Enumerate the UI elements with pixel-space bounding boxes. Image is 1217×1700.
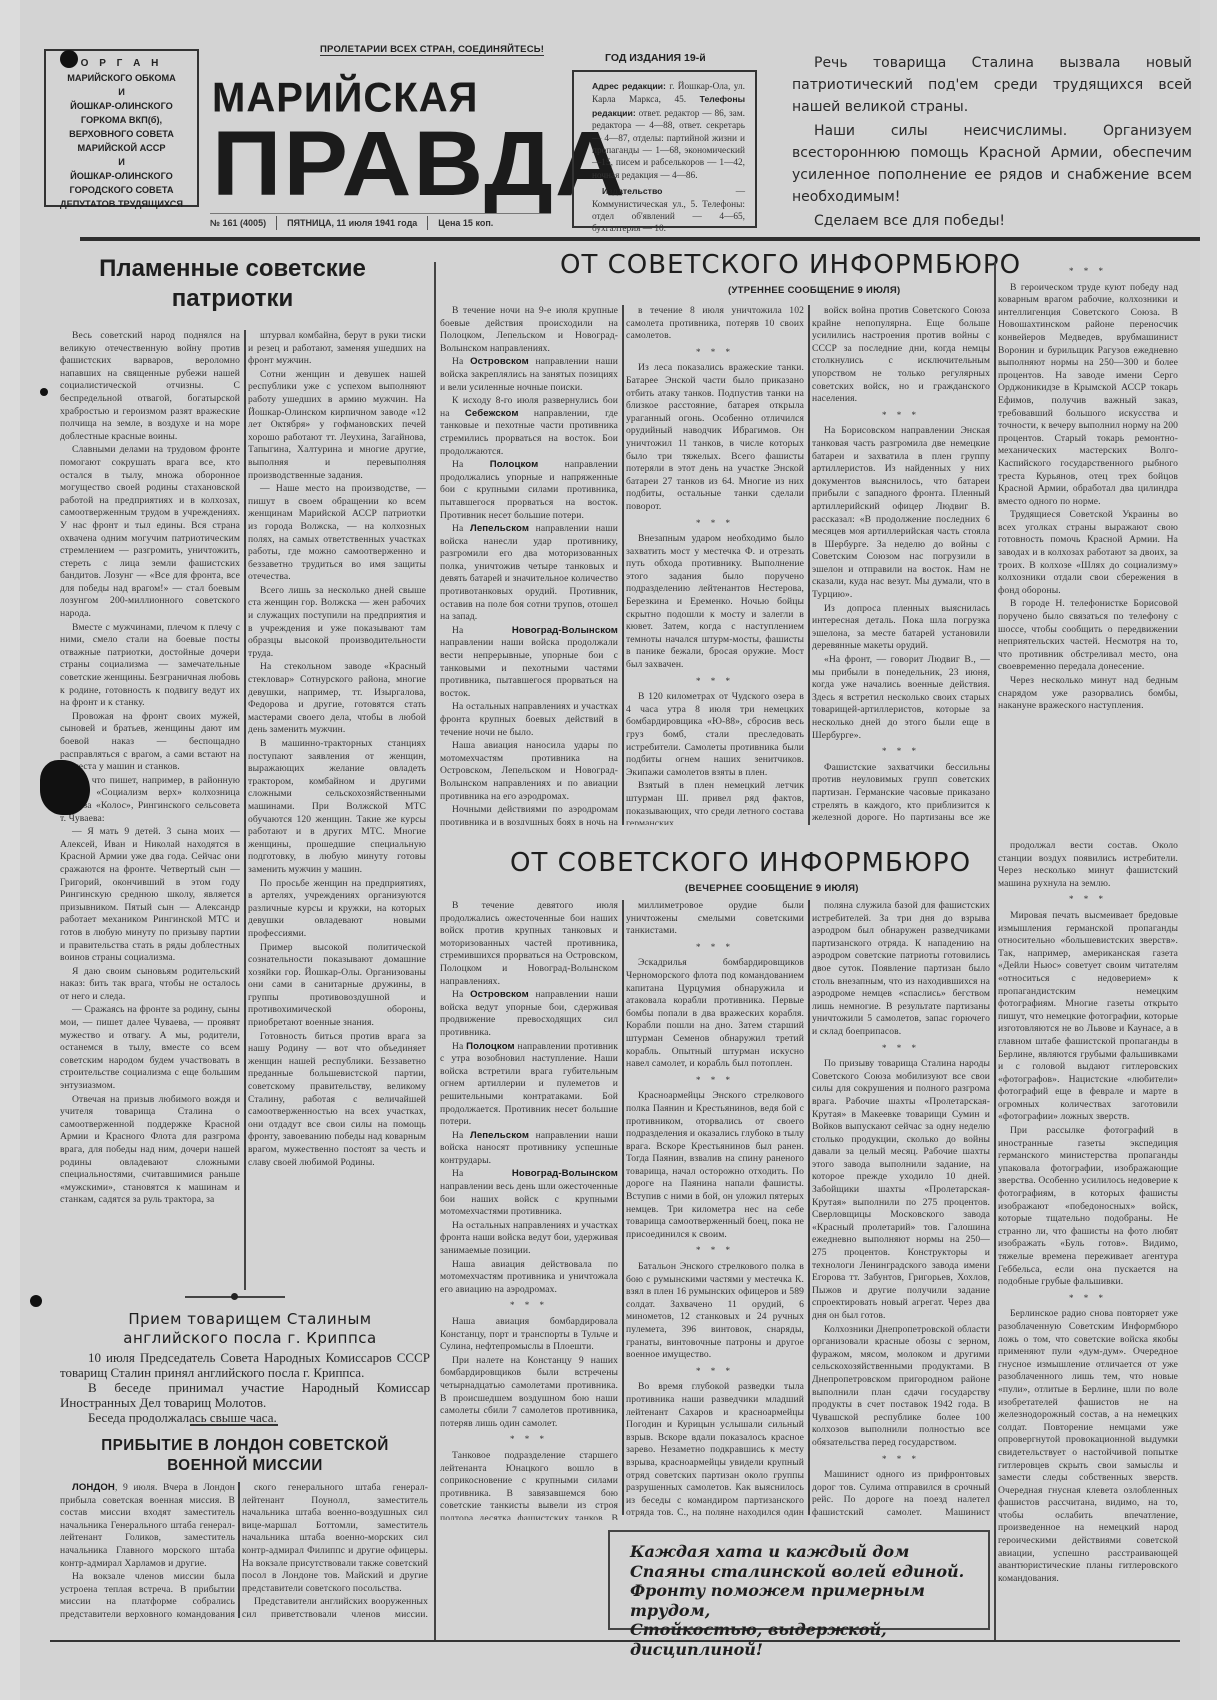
paragraph: 10 июля Председатель Совета Народных Ком… [60,1350,430,1380]
phones-text: ответ. редактор — 86, зам. редактора — 4… [592,109,745,181]
evening-column-3: поляна служила базой для фашистских истр… [812,900,990,1520]
stalin-speech-callout: Речь товарища Сталина вызвала новый патр… [792,52,1192,234]
speech-paragraph: Речь товарища Сталина вызвала новый патр… [792,52,1192,118]
paragraph: На Новоград-Волынском направлении весь д… [440,1168,618,1218]
paragraph: Машинист одного из прифронтовых дорог то… [812,1469,990,1520]
informburo-evening-subheadline: (ВЕЧЕРНЕЕ СООБЩЕНИЕ 9 ИЮЛЯ) [685,883,859,894]
paragraph: Наша авиация бомбардировала Констанцу, п… [440,1316,618,1354]
paragraph: В беседе принимал участие Народный Комис… [60,1380,430,1410]
publisher-block: Издательство — Коммунистическая ул., 5. … [592,185,745,236]
paragraph: Представители английских вооруженных сил… [242,1596,428,1622]
patriotki-column-2: штурвал комбайна, берут в руки тиски и р… [248,330,426,1290]
paragraph: Из леса показались вражеские танки. Бата… [626,362,804,513]
section-stars: * * * [812,409,990,422]
paragraph: Танковое подразделение старшего лейтенан… [440,1450,618,1520]
poem-line: Спаяны сталинской волей единой. [630,1562,988,1582]
informburo-morning-headline: ОТ СОВЕТСКОГО ИНФОРМБЮРО [560,250,1021,280]
paragraph: На остальных направлениях и участках фро… [440,1220,618,1258]
newspaper-page: О Р Г А Н МАРИЙСКОГО ОБКОМА И ЙОШКАР-ОЛИ… [20,0,1217,1700]
section-stars: * * * [440,1433,618,1446]
paragraph: штурвал комбайна, берут в руки тиски и р… [248,330,426,368]
paragraph: В 120 километрах от Чудского озера в 4 ч… [626,691,804,779]
paragraph: поляна служила базой для фашистских истр… [812,900,990,1039]
poem-line: Каждая хата и каждый дом [630,1542,988,1562]
separator [276,216,277,230]
evening-column-4: продолжал вести состав. Около станции во… [998,840,1178,1660]
paragraph: Готовность биться против врага за нашу Р… [248,1031,426,1170]
address-label: Адрес редакции: [592,81,666,91]
paragraph: ского генерального штаба генерал-лейтена… [242,1482,428,1595]
evening-column-2: миллиметровое орудие были уничтожены сме… [626,900,804,1520]
organ-line: МАРИЙСКОГО ОБКОМА [46,71,197,85]
paragraph: К исходу 8-го июля развернулись бои на С… [440,395,618,458]
paragraph: Мировая печать высмеивает бредовые измыш… [998,910,1178,1124]
section-stars: * * * [626,1244,804,1257]
column-divider [244,330,246,1290]
headline-line: Прием товарищем Сталиным [80,1310,420,1329]
paragraph: в течение 8 июля уничтожила 102 самолета… [626,305,804,343]
paragraph: На вокзале членов миссии была устроена т… [60,1571,235,1622]
separator [427,216,428,230]
issue-date: ПЯТНИЦА, 11 июля 1941 года [287,218,417,228]
editorial-address-box: Адрес редакции: г. Йошкар-Ола, ул. Карла… [572,70,757,228]
paragraph: Наша авиация наносила удары по мотомехча… [440,740,618,803]
paragraph: продолжал вести состав. Около станции во… [998,840,1178,890]
address-block: Адрес редакции: г. Йошкар-Ола, ул. Карла… [592,80,745,182]
paragraph: На Полоцком направлении продолжались упо… [440,459,618,522]
morning-column-2: в течение 8 июля уничтожила 102 самолета… [626,305,804,825]
paragraph: В течение девятого июля продолжались оже… [440,900,618,988]
organ-line: МАРИЙСКОЙ АССР [46,141,197,155]
paragraph: Провожая на фронт своих мужей, сыновей и… [60,711,240,774]
cripps-article-body: 10 июля Председатель Совета Народных Ком… [60,1350,430,1425]
morning-column-4: * * * В героическом труде куют победу на… [998,262,1178,837]
paragraph: В городе Н. телефонистке Борисовой поруч… [998,598,1178,674]
organ-line: ДЕПУТАТОВ ТРУДЯЩИХСЯ [46,197,197,211]
paper-damage-blot [40,388,48,396]
paragraph: В героическом труде куют победу над кова… [998,282,1178,509]
paragraph: Эскадрилья бомбардировщиков Черноморског… [626,957,804,1070]
paragraph: Я даю своим сыновьям родительский наказ:… [60,966,240,1004]
column-divider [808,305,810,825]
paragraph: — Сражаясь на фронте за родину, сыны мои… [60,1004,240,1092]
paper-damage-blot [30,1295,42,1307]
organ-line: ГОРКОМА ВКП(б), [46,113,197,127]
paragraph: Беседа продолжалась свыше часа. [60,1410,430,1425]
organ-line: ВЕРХОВНОГО СОВЕТА [46,127,197,141]
paragraph: При рассылке фотографий в иностранные га… [998,1125,1178,1289]
paragraph: Пример высокой политической сознательнос… [248,942,426,1030]
paragraph: Наша авиация действовала по мотомехчастя… [440,1259,618,1297]
paragraph: «На фронт, — говорит Людвиг В., — мы при… [812,654,990,742]
section-stars: * * * [440,1299,618,1312]
organ-line: И [46,155,197,169]
newspaper-sheet: О Р Г А Н МАРИЙСКОГО ОБКОМА И ЙОШКАР-ОЛИ… [20,0,1200,1690]
headline-line: английского посла г. Криппса [80,1329,420,1348]
year-of-publication: ГОД ИЗДАНИЯ 19-й [605,52,706,64]
paragraph: ЛОНДОН, 9 июля. Вчера в Лондон прибыла с… [60,1482,235,1570]
paper-damage-blot [60,50,78,68]
paragraph: Красноармейцы Энского стрелкового полка … [626,1090,804,1241]
paragraph: миллиметровое орудие были уничтожены сме… [626,900,804,938]
issue-price: Цена 15 коп. [438,218,493,228]
paragraph: В течение ночи на 9-е июля крупные боевы… [440,305,618,355]
informburo-morning-subheadline: (УТРЕННЕЕ СООБЩЕНИЕ 9 ИЮЛЯ) [728,285,900,296]
speech-paragraph: Сделаем все для победы! [792,210,1192,232]
paragraph: На Лепельском направлении наши войска на… [440,523,618,624]
section-stars: * * * [626,1074,804,1087]
paragraph: По призыву товарища Сталина народы Совет… [812,1058,990,1322]
column-divider [238,1482,240,1618]
speech-paragraph: Наши силы неисчислимы. Организуем всесто… [792,120,1192,208]
headline-line: патриотки [60,284,405,314]
paragraph: Трудящиеся Советской Украины во всех уго… [998,509,1178,597]
paragraph: По просьбе женщин на предприятиях, в арт… [248,878,426,941]
paragraph: Отвечая на призыв любимого вождя и учите… [60,1094,240,1207]
issue-number: № 161 (4005) [210,218,266,228]
paragraph: На Новоград-Волынском направлении наши в… [440,625,618,701]
section-stars: * * * [626,346,804,359]
paragraph: Ночными действиями по аэродромам противн… [440,804,618,825]
london-column-2: ского генерального штаба генерал-лейтена… [242,1482,428,1622]
paragraph: На Полоцком направлении противник с утра… [440,1041,618,1129]
paragraph: Весь советский народ поднялся на великую… [60,330,240,443]
bottom-rule [50,1640,1180,1642]
headline-line: ПРИБЫТИЕ В ЛОНДОН СОВЕТСКОЙ [69,1436,421,1456]
organ-box: О Р Г А Н МАРИЙСКОГО ОБКОМА И ЙОШКАР-ОЛИ… [44,49,199,207]
poem-box: Каждая хата и каждый дом Спаяны сталинск… [608,1530,990,1630]
organ-line: И [46,85,197,99]
section-stars: * * * [998,893,1178,906]
section-stars: * * * [812,1042,990,1055]
paragraph: Во время глубокой разведки тыла противни… [626,1381,804,1520]
proletarian-slogan: ПРОЛЕТАРИИ ВСЕХ СТРАН, СОЕДИНЯЙТЕСЬ! [320,44,544,56]
organ-line: ГОРОДСКОГО СОВЕТА [46,183,197,197]
patriotki-column-1: Весь советский народ поднялся на великую… [60,330,240,1290]
cripps-headline: Прием товарищем Сталиным английского пос… [80,1310,420,1348]
paragraph: Из допроса пленных выяснилась интересная… [812,603,990,653]
short-divider [190,1424,278,1426]
paragraph: На стекольном заводе «Красный стекловар»… [248,661,426,737]
paragraph: войск война против Советского Союза край… [812,305,990,406]
paragraph: Сотни женщин и девушек нашей республики … [248,369,426,482]
paragraph: Вместе с мужчинами, плечом к плечу с ним… [60,622,240,710]
morning-column-1: В течение ночи на 9-е июля крупные боевы… [440,305,618,825]
paragraph: На Островском направлении наши войска за… [440,356,618,394]
column-divider [622,305,624,825]
issue-info-bar: № 161 (4005) ПЯТНИЦА, 11 июля 1941 года … [210,213,540,231]
organ-line: ЙОШКАР-ОЛИНСКОГО [46,99,197,113]
section-stars: * * * [812,745,990,758]
headline-line: ВОЕННОЙ МИССИИ [69,1456,421,1476]
headline-line: Пламенные советские [60,254,405,284]
paragraph: На остальных направлениях и участках фро… [440,701,618,739]
column-divider [622,900,624,1515]
paragraph: Славными делами на трудовом фронте помог… [60,444,240,620]
paragraph: Внезапным ударом необходимо было захвати… [626,533,804,672]
column-divider [994,262,996,1642]
london-mission-headline: ПРИБЫТИЕ В ЛОНДОН СОВЕТСКОЙ ВОЕННОЙ МИСС… [69,1436,421,1476]
paragraph: Батальон Энского стрелкового полка в бою… [626,1261,804,1362]
paragraph: При налете на Констанцу 9 наших бомбарди… [440,1355,618,1431]
evening-column-1: В течение девятого июля продолжались оже… [440,900,618,1520]
paragraph: Всего лишь за несколько дней свыше ста ж… [248,585,426,661]
organ-line: ЙОШКАР-ОЛИНСКОГО [46,169,197,183]
paragraph: Берлинское радио снова повторяет уже раз… [998,1308,1178,1585]
informburo-evening-headline: ОТ СОВЕТСКОГО ИНФОРМБЮРО [510,848,971,878]
paragraph: На Островском направлении наши войска ве… [440,989,618,1039]
section-stars: * * * [998,265,1178,278]
section-stars: * * * [626,675,804,688]
paragraph: В машинно-тракторных станциях поступают … [248,738,426,877]
ornament-divider [185,1296,285,1298]
section-divider [434,262,436,1642]
section-stars: * * * [998,1292,1178,1305]
paragraph: Фашистские захватчики бессильны против н… [812,762,990,825]
section-stars: * * * [626,517,804,530]
section-stars: * * * [812,1453,990,1466]
paragraph: На Лепельском направлении наши войска на… [440,1130,618,1168]
publisher-label: Издательство [602,186,662,196]
morning-column-3: войск война против Советского Союза край… [812,305,990,825]
paragraph: Колхозники Днепропетровской области орга… [812,1324,990,1450]
paragraph: — Я мать 9 детей. 3 сына моих — Алексей,… [60,826,240,965]
section-stars: * * * [626,1365,804,1378]
london-column-1: ЛОНДОН, 9 июля. Вчера в Лондон прибыла с… [60,1482,235,1622]
paragraph: Взятый в плен немецкий летчик штурман Ш.… [626,780,804,825]
patriotki-headline: Пламенные советские патриотки [60,254,405,314]
column-divider [808,900,810,1515]
paragraph: На Борисовском направлении Энская танков… [812,425,990,601]
paragraph: Через несколько минут над бедным снарядо… [998,675,1178,713]
masthead-rule [80,237,1200,241]
section-stars: * * * [626,941,804,954]
poem-line: Фронту поможем примерным трудом, [630,1581,988,1620]
newspaper-title-line2: ПРАВДА [212,118,627,210]
paragraph: — Наше место на производстве, — пишут в … [248,483,426,584]
